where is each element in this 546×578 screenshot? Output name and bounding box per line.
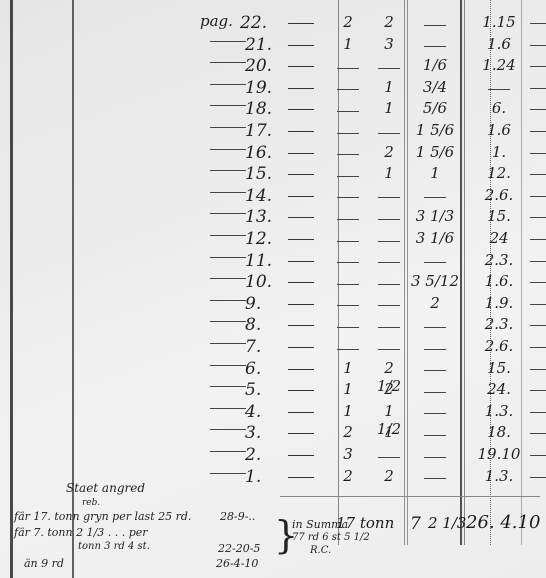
cell-c4: 24 <box>468 229 530 247</box>
leader-line <box>288 174 314 175</box>
cell-c1: 3 <box>328 445 368 463</box>
page-number: 4. <box>245 402 261 422</box>
ledger-row: 10.3 5/121.6. <box>200 273 546 293</box>
leader-line <box>288 88 314 89</box>
cell-c1 <box>328 143 368 161</box>
leader-line <box>288 282 314 283</box>
footer-heading: Staet angred <box>66 481 145 495</box>
leader-line <box>530 304 546 305</box>
cell-c1: 1 <box>328 380 368 398</box>
cell-c3 <box>410 186 460 204</box>
cell-c4: 1.3. <box>468 467 530 485</box>
ledger-row: 7.2.6. <box>200 338 546 358</box>
cell-c2: 2 <box>370 13 408 31</box>
page-number: 11. <box>245 251 272 271</box>
cell-c4: 24. <box>468 380 530 398</box>
page-number: 15. <box>245 164 272 184</box>
leader-line <box>288 239 314 240</box>
leader-line <box>288 347 314 348</box>
cell-c4: 1.15 <box>468 13 530 31</box>
leader-line <box>530 390 546 391</box>
cell-c3: 1 5/6 <box>410 143 460 161</box>
leader-line <box>530 239 546 240</box>
leader-line <box>210 84 246 85</box>
cell-c2 <box>370 294 408 312</box>
leader-line <box>530 433 546 434</box>
cell-c3: 2 <box>410 294 460 312</box>
ledger-row: 6.12 1/215. <box>200 360 546 380</box>
cell-c2: 3 <box>370 35 408 53</box>
cell-c4: 2.6. <box>468 186 530 204</box>
leader-line <box>288 369 314 370</box>
leader-line <box>530 477 546 478</box>
cell-c3 <box>410 337 460 355</box>
cell-c1 <box>328 164 368 182</box>
leader-line <box>530 347 546 348</box>
cell-c1: 2 <box>328 467 368 485</box>
leader-line <box>288 390 314 391</box>
leader-line <box>530 412 546 413</box>
page-number: 13. <box>245 207 272 227</box>
ledger-row: 5.1224. <box>200 381 546 401</box>
leader-line <box>288 433 314 434</box>
cell-c2 <box>370 251 408 269</box>
leader-line <box>530 196 546 197</box>
page-number: 2. <box>245 445 261 465</box>
brace-text-3: R.C. <box>310 545 331 556</box>
leader-line <box>530 131 546 132</box>
cell-c2: 2 <box>370 380 408 398</box>
cell-c3: 1 <box>410 164 460 182</box>
cell-c4: 1.24 <box>468 56 530 74</box>
cell-c1: 1 <box>328 359 368 377</box>
leader-line <box>288 455 314 456</box>
page-number: 3. <box>245 423 261 443</box>
leader-line <box>288 66 314 67</box>
leader-line <box>288 412 314 413</box>
ledger-row: 9.21.9. <box>200 295 546 315</box>
leader-line <box>210 343 246 344</box>
margin-rule <box>10 0 13 578</box>
page-number: 10. <box>245 272 272 292</box>
cell-c2 <box>370 445 408 463</box>
footer-line-1-amount: 28-9-.. <box>220 510 255 523</box>
leader-line <box>210 386 246 387</box>
cell-c3: 1/6 <box>410 56 460 74</box>
ledger-row: 8.2.3. <box>200 316 546 336</box>
total-rule <box>280 496 540 497</box>
cell-c3 <box>410 315 460 333</box>
cell-c2 <box>370 186 408 204</box>
leader-line <box>530 45 546 46</box>
cell-c3 <box>410 445 460 463</box>
leader-line <box>210 300 246 301</box>
leader-line <box>530 261 546 262</box>
leader-line <box>288 23 314 24</box>
total-c3b: 2 1/3 <box>428 514 466 532</box>
leader-line <box>210 235 246 236</box>
cell-c1: 2 <box>328 13 368 31</box>
cell-c3 <box>410 467 460 485</box>
cell-c4: 1.6 <box>468 35 530 53</box>
leader-line <box>530 23 546 24</box>
leader-line <box>210 149 246 150</box>
cell-c1 <box>328 229 368 247</box>
page-number: 12. <box>245 229 272 249</box>
leader-line <box>210 408 246 409</box>
leader-line <box>530 282 546 283</box>
total-tonn: 17 tonn <box>336 514 394 532</box>
page-number: 20. <box>245 56 272 76</box>
ledger-row: 16.21 5/61. <box>200 144 546 164</box>
page-number: 17. <box>245 121 272 141</box>
leader-line <box>210 105 246 106</box>
ledger-row: 20.1/61.24 <box>200 57 546 77</box>
leader-line <box>288 196 314 197</box>
cell-c2: 1 <box>370 423 408 441</box>
page-number: 6. <box>245 359 261 379</box>
leader-line <box>210 473 246 474</box>
cell-c1 <box>328 186 368 204</box>
cell-c3 <box>410 251 460 269</box>
cell-c4: 1.6 <box>468 121 530 139</box>
footer-line-3-label: tonn 3 rd 4 st. <box>78 541 150 552</box>
leader-line <box>288 131 314 132</box>
cell-c3 <box>410 13 460 31</box>
total-c4: 26. 4.10 <box>466 512 540 533</box>
cell-c2: 2 <box>370 143 408 161</box>
leader-line <box>210 365 246 366</box>
page-number: 16. <box>245 143 272 163</box>
leader-line <box>288 477 314 478</box>
leader-line <box>210 127 246 128</box>
page-number: 5. <box>245 380 261 400</box>
page-number: 22. <box>240 13 267 33</box>
cell-c2 <box>370 315 408 333</box>
cell-c2: 2 <box>370 467 408 485</box>
cell-c2 <box>370 121 408 139</box>
page-number: 7. <box>245 337 261 357</box>
ledger-row: pag.22.221.15 <box>200 14 546 34</box>
leader-line <box>288 261 314 262</box>
ledger-row: 1.221.3. <box>200 468 546 488</box>
ledger-row: 21.131.6 <box>200 36 546 56</box>
ledger-row: 14.2.6. <box>200 187 546 207</box>
cell-c3 <box>410 402 460 420</box>
cell-c1: 1 <box>328 35 368 53</box>
cell-c1: 1 <box>328 402 368 420</box>
cell-c3: 5/6 <box>410 99 460 117</box>
cell-c3: 3 1/3 <box>410 207 460 225</box>
ledger-row: 17.1 5/61.6 <box>200 122 546 142</box>
leader-line <box>530 66 546 67</box>
ledger-row: 4.11 1/21.3. <box>200 403 546 423</box>
leader-line <box>530 369 546 370</box>
leader-line <box>210 257 246 258</box>
footer-line-2-label: fär 7. tonn 2 1/3 . . . per <box>14 526 148 539</box>
leader-line <box>530 217 546 218</box>
page-number: 19. <box>245 78 272 98</box>
cell-c3 <box>410 423 460 441</box>
leader-line <box>288 304 314 305</box>
cell-c4: 1.6. <box>468 272 530 290</box>
cell-c1 <box>328 56 368 74</box>
ledger-row: 12.3 1/624 <box>200 230 546 250</box>
leader-line <box>210 278 246 279</box>
ledger-row: 2.319.10 <box>200 446 546 466</box>
leader-line <box>288 325 314 326</box>
cell-c4 <box>468 78 530 96</box>
leader-line <box>210 62 246 63</box>
cell-c3: 3 5/12 <box>410 272 460 290</box>
cell-c2 <box>370 337 408 355</box>
cell-c2: 1 <box>370 78 408 96</box>
cell-c1 <box>328 294 368 312</box>
cell-c4: 1.9. <box>468 294 530 312</box>
page-number: 8. <box>245 315 261 335</box>
ledger-row: 11.2.3. <box>200 252 546 272</box>
leader-line <box>210 321 246 322</box>
cell-c1 <box>328 251 368 269</box>
cell-c2: 1 <box>370 99 408 117</box>
cell-c3: 1 5/6 <box>410 121 460 139</box>
ledger-row: 15.1112. <box>200 165 546 185</box>
ledger-row: 13.3 1/315. <box>200 208 546 228</box>
ledger-row: 3.2118. <box>200 424 546 444</box>
footer-line-1-label: fär 17. tonn gryn per last 25 rd. <box>14 510 191 523</box>
page-number: 18. <box>245 99 272 119</box>
ledger-row: 19.13/4 <box>200 79 546 99</box>
leader-line <box>530 455 546 456</box>
leader-line <box>210 192 246 193</box>
page-number: 21. <box>245 35 272 55</box>
leader-line <box>288 217 314 218</box>
cell-c4: 15. <box>468 359 530 377</box>
cell-c4: 1.3. <box>468 402 530 420</box>
cell-c3 <box>410 380 460 398</box>
cell-c1 <box>328 272 368 290</box>
cell-c3: 3 1/6 <box>410 229 460 247</box>
cell-c4: 2.3. <box>468 315 530 333</box>
cell-c4: 6. <box>468 99 530 117</box>
cell-c2 <box>370 229 408 247</box>
leader-line <box>530 109 546 110</box>
leader-line <box>530 153 546 154</box>
cell-c1 <box>328 337 368 355</box>
page-number: 9. <box>245 294 261 314</box>
page-number: 1. <box>245 467 261 487</box>
cell-c1 <box>328 99 368 117</box>
cell-c1 <box>328 315 368 333</box>
footer-line-3-amount: 22-20-5 <box>218 542 260 555</box>
cell-c1 <box>328 121 368 139</box>
leader-line <box>530 325 546 326</box>
footer-sub: reb. <box>82 498 100 508</box>
leader-line <box>288 109 314 110</box>
ledger-row: 18.15/66. <box>200 100 546 120</box>
brace-text-2: 77 rd 6 st 5 1/2 <box>292 532 370 543</box>
page-prefix: pag. <box>200 12 233 30</box>
cell-c3 <box>410 359 460 377</box>
cell-c4: 19.10 <box>468 445 530 463</box>
leader-line <box>210 451 246 452</box>
leader-line <box>288 153 314 154</box>
leader-line <box>210 213 246 214</box>
cell-c2: 1 <box>370 164 408 182</box>
cell-c1 <box>328 78 368 96</box>
cell-c4: 2.3. <box>468 251 530 269</box>
page-number: 14. <box>245 186 272 206</box>
leader-line <box>210 41 246 42</box>
leader-line <box>530 88 546 89</box>
cell-c4: 12. <box>468 164 530 182</box>
ledger-page: pag.22.221.1521.131.620.1/61.2419.13/418… <box>0 0 546 578</box>
footer-line-4-label: än 9 rd <box>24 557 64 570</box>
cell-c3 <box>410 35 460 53</box>
cell-c4: 2.6. <box>468 337 530 355</box>
cell-c2 <box>370 56 408 74</box>
leader-line <box>210 429 246 430</box>
cell-c4: 1. <box>468 143 530 161</box>
cell-c2 <box>370 272 408 290</box>
cell-c1: 2 <box>328 423 368 441</box>
cell-c1 <box>328 207 368 225</box>
cell-c4: 18. <box>468 423 530 441</box>
cell-c4: 15. <box>468 207 530 225</box>
leader-line <box>530 174 546 175</box>
cell-c2 <box>370 207 408 225</box>
total-c3: 7 <box>410 514 421 534</box>
cell-c3: 3/4 <box>410 78 460 96</box>
leader-line <box>210 170 246 171</box>
footer-line-4-amount: 26-4-10 <box>216 557 258 570</box>
leader-line <box>288 45 314 46</box>
